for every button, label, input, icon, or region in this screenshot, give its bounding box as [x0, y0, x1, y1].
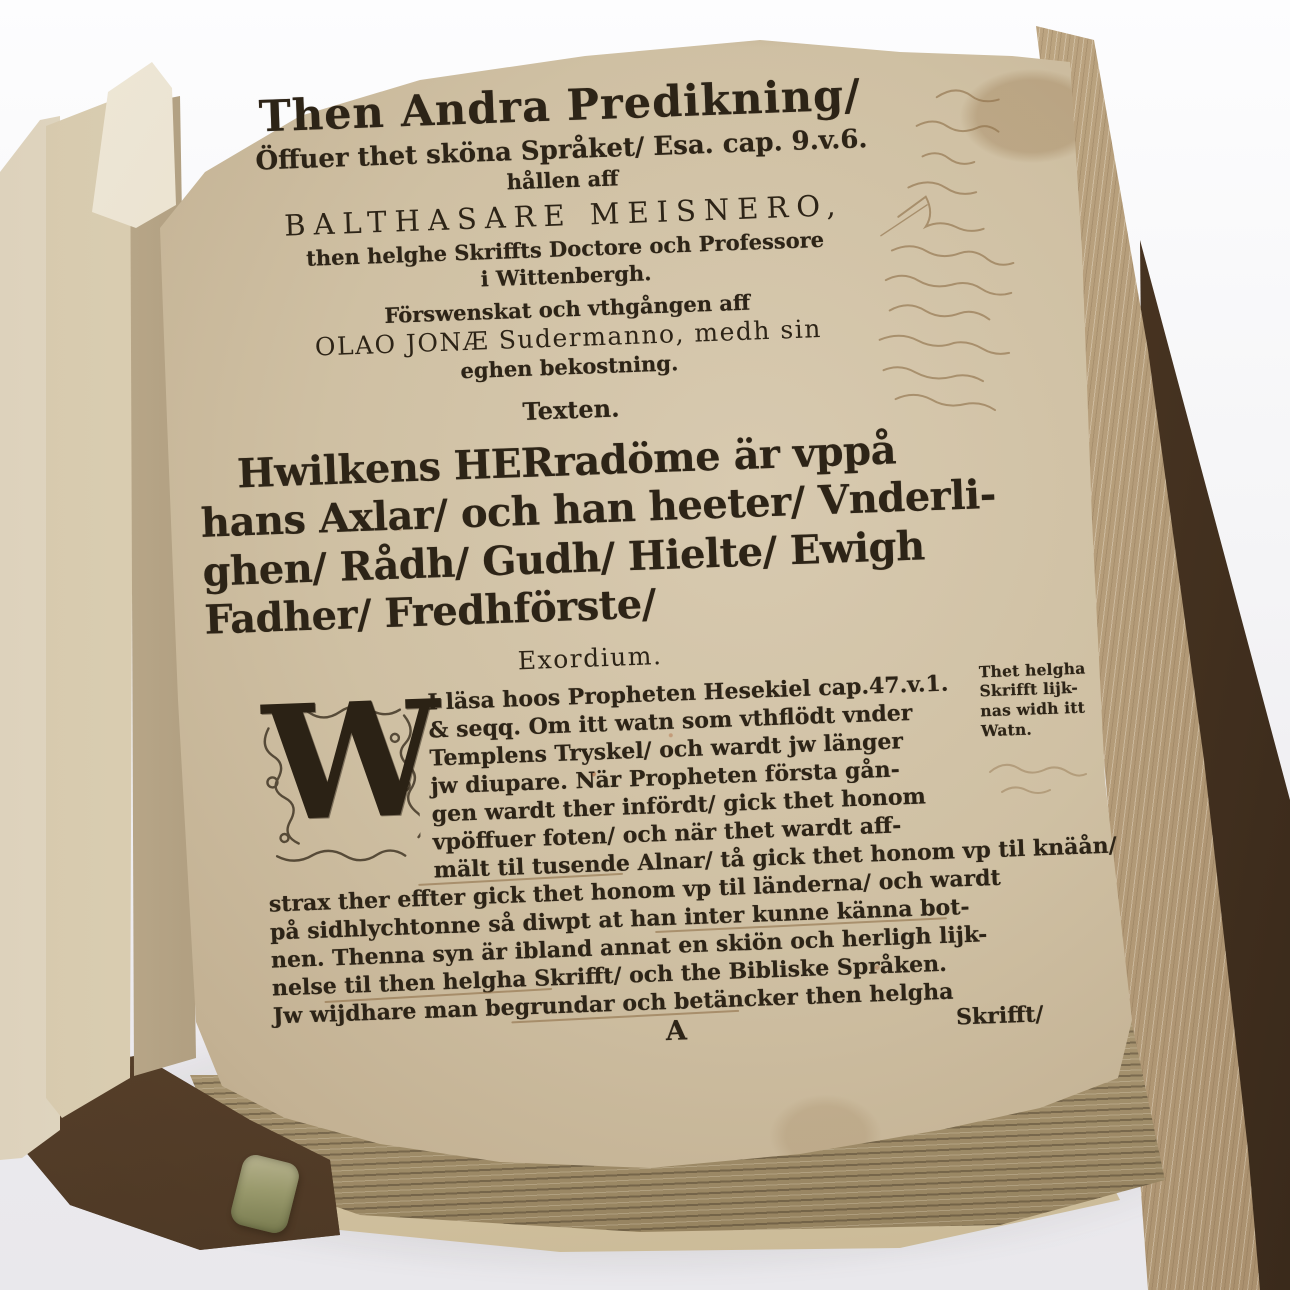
margin-note-line: Watn. — [981, 717, 1100, 741]
body-paragraph: W I läsa hoos Propheten Hesekiel cap.47.… — [261, 669, 976, 1064]
signature-mark: A — [665, 1017, 687, 1046]
catchword: Skrifft/ — [956, 1000, 1044, 1031]
ornate-initial-w: W — [253, 693, 421, 869]
page-header: Then Andra Predikning/ Öffuer thet sköna… — [179, 68, 951, 439]
drop-cap-letter: W — [261, 674, 445, 850]
book-photo: Then Andra Predikning/ Öffuer thet sköna… — [0, 0, 1290, 1290]
verse-block: Hwilkens HERradöme är vppå hans Axlar/ o… — [198, 423, 1005, 646]
page-content: Then Andra Predikning/ Öffuer thet sköna… — [178, 36, 1126, 1066]
printed-margin-note: Thet helgha Skrifft lijk- nas widh itt W… — [978, 658, 1099, 742]
